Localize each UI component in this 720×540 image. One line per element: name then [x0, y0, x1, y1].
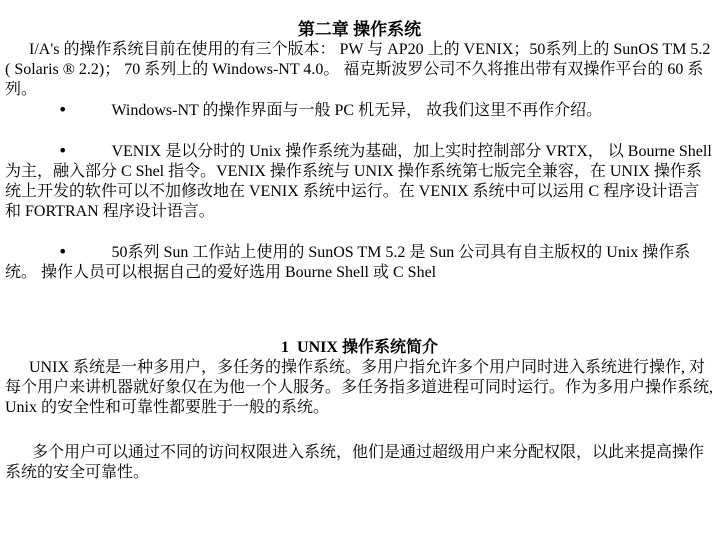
bullet-text: VENIX 是以分时的 Unix 操作系统为基础，加上实时控制部分 VRTX， …: [5, 143, 716, 220]
body-paragraph-multiuser: UNIX 系统是一种多用户，多任务的操作系统。多用户指允许多个用户同时进入系统进…: [5, 358, 714, 418]
bullet-icon: •: [58, 141, 111, 160]
bullet-item-venix: •VENIX 是以分时的 Unix 操作系统为基础，加上实时控制部分 VRTX，…: [5, 141, 714, 222]
document-page: 第二章 操作系统 I/A's 的操作系统目前在使用的有三个版本： PW 与 AP…: [0, 0, 720, 540]
bullet-item-windows-nt: •Windows-NT 的操作界面与一般 PC 机无异， 故我们这里不再作介绍。: [5, 100, 714, 121]
bullet-text: Windows-NT 的操作界面与一般 PC 机无异， 故我们这里不再作介绍。: [111, 102, 602, 119]
bullet-icon: •: [58, 242, 111, 261]
intro-paragraph: I/A's 的操作系统目前在使用的有三个版本： PW 与 AP20 上的 VEN…: [5, 40, 714, 100]
body-paragraph-permissions: 多个用户可以通过不同的访问权限进入系统，他们是通过超级用户来分配权限，以此来提高…: [5, 443, 714, 483]
section-heading-unix-intro: 1 UNIX 操作系统简介: [5, 338, 714, 358]
chapter-title: 第二章 操作系统: [5, 20, 714, 40]
bullet-item-sunos: •50系列 Sun 工作站上使用的 SunOS TM 5.2 是 Sun 公司具…: [5, 242, 714, 283]
bullet-icon: •: [58, 100, 111, 119]
